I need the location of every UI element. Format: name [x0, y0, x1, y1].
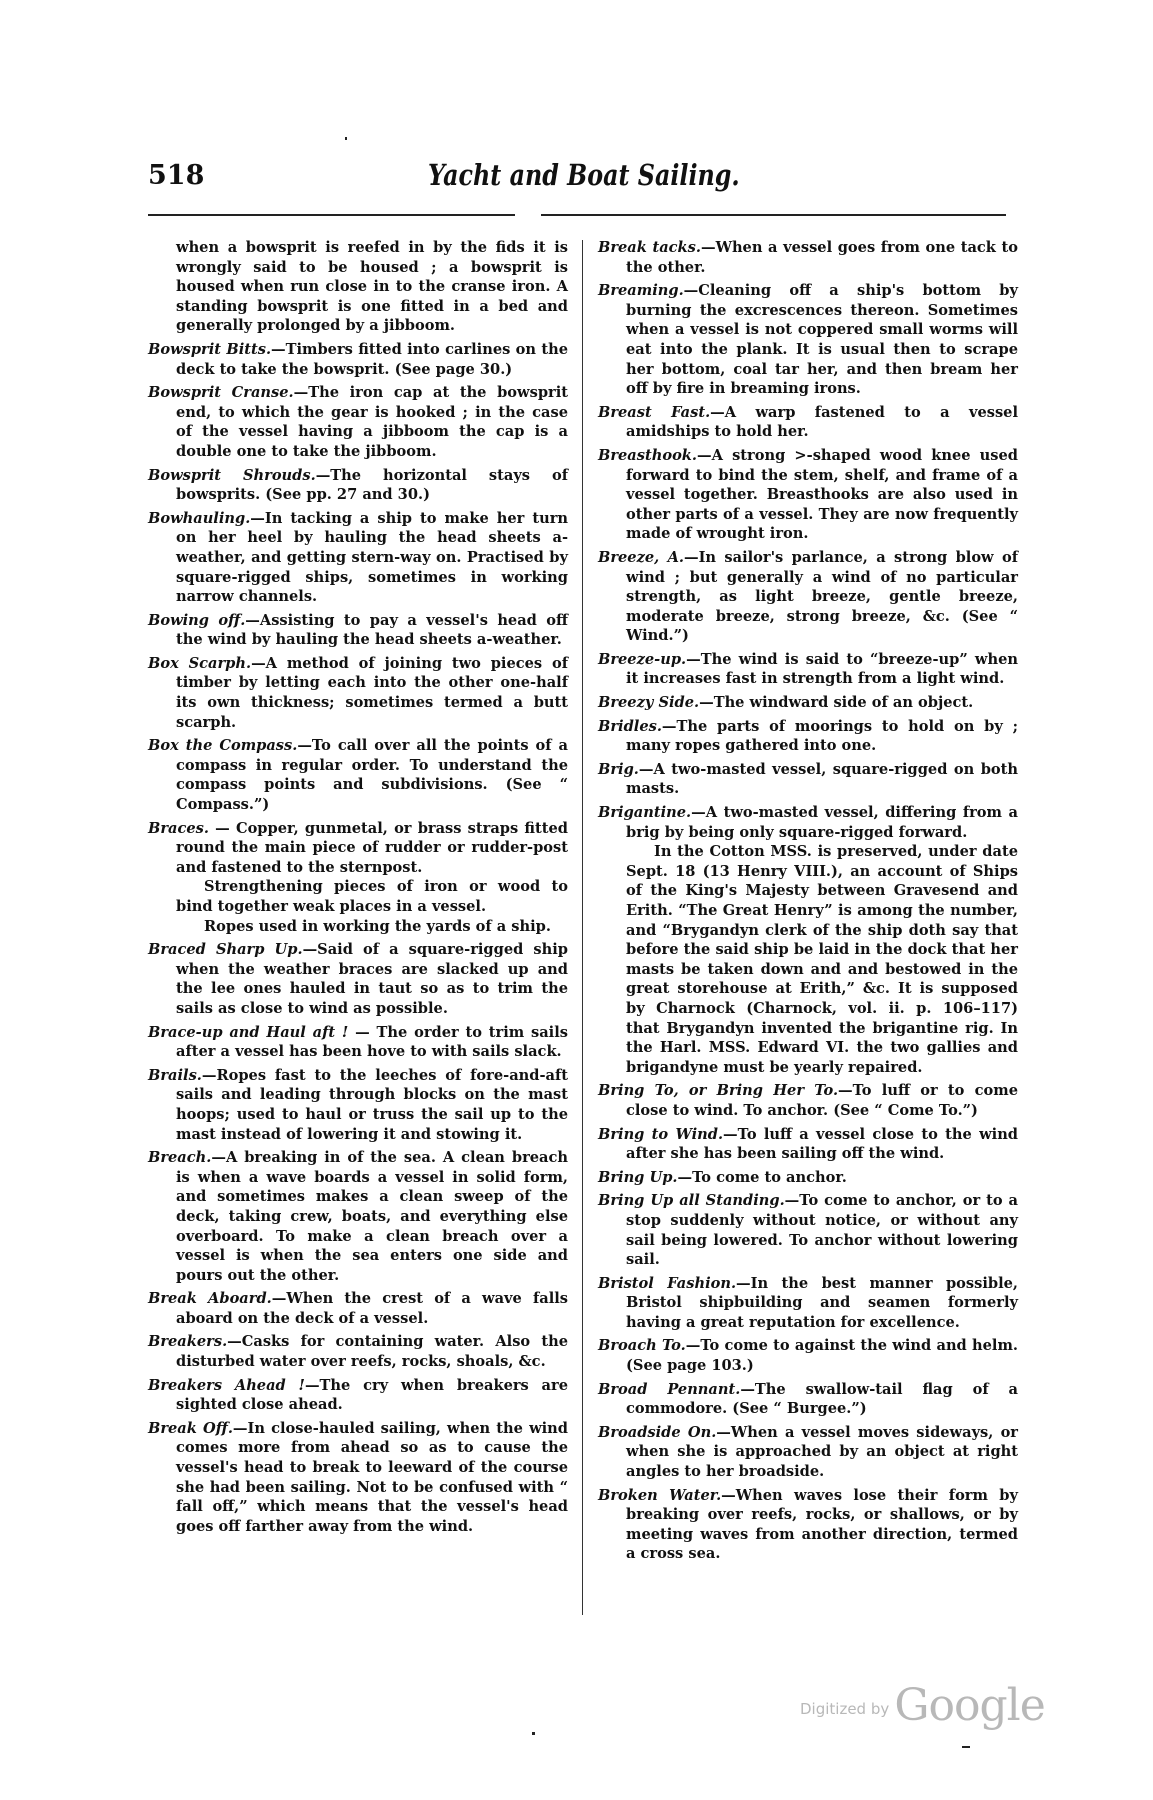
- entry-term: Broach To.: [598, 1337, 686, 1354]
- entry-definition: —The parts of moorings to hold on by ; m…: [626, 718, 1018, 755]
- glossary-entry: Brails.—Ropes fast to the leeches of for…: [148, 1066, 568, 1144]
- entry-definition: —The windward side of an object.: [699, 694, 973, 711]
- entry-term: Bowsprit Shrouds.: [148, 467, 316, 484]
- glossary-entry: Breakers.—Casks for containing water. Al…: [148, 1332, 568, 1371]
- entry-definition: —Ropes fast to the leeches of fore-and-a…: [176, 1067, 568, 1143]
- entry-term: Bring to Wind.: [598, 1126, 723, 1143]
- entry-definition: —Casks for containing water. Also the di…: [176, 1333, 568, 1370]
- entry-term: Braces.: [148, 820, 209, 837]
- glossary-entry: Breakers Ahead !—The cry when breakers a…: [148, 1376, 568, 1415]
- digitized-by-google-watermark: Digitized by Google: [800, 1680, 1045, 1731]
- entry-term: Bring To, or Bring Her To.: [598, 1082, 838, 1099]
- right-column: Break tacks.—When a vessel goes from one…: [598, 238, 1018, 1568]
- entry-definition: —In sailor's parlance, a strong blow of …: [626, 549, 1018, 644]
- glossary-entry: Bring To, or Bring Her To.—To luff or to…: [598, 1081, 1018, 1120]
- entry-term: Breasthook.: [598, 447, 697, 464]
- entry-term: Breeze, A.: [598, 549, 684, 566]
- glossary-entry: Break tacks.—When a vessel goes from one…: [598, 238, 1018, 277]
- entry-term: Breach.: [148, 1149, 211, 1166]
- entry-term: Break tacks.: [598, 239, 701, 256]
- entry-term: Breakers Ahead !: [148, 1377, 305, 1394]
- glossary-entry: Broad Pennant.—The swallow-tail flag of …: [598, 1380, 1018, 1419]
- entry-definition: — Copper, gunmetal, or brass straps fitt…: [176, 820, 568, 876]
- entry-term: Break Aboard.: [148, 1290, 272, 1307]
- entry-term: Brails.: [148, 1067, 202, 1084]
- entry-term: Bowing off.: [148, 612, 245, 629]
- entry-term: Brigantine.: [598, 804, 691, 821]
- glossary-entry: Breeze, A.—In sailor's parlance, a stron…: [598, 548, 1018, 646]
- glossary-entry: Brigantine.—A two-masted vessel, differi…: [598, 803, 1018, 1077]
- glossary-entry: Braced Sharp Up.—Said of a square-rigged…: [148, 940, 568, 1018]
- glossary-entry: Bring Up.—To come to anchor.: [598, 1168, 1018, 1188]
- entry-term: Bristol Fashion.: [598, 1275, 736, 1292]
- glossary-entry: Bridles.—The parts of moorings to hold o…: [598, 717, 1018, 756]
- entry-term: Breast Fast.: [598, 404, 710, 421]
- glossary-entry: Bowing off.—Assisting to pay a vessel's …: [148, 611, 568, 650]
- glossary-entry: Breaming.—Cleaning off a ship's bottom b…: [598, 281, 1018, 399]
- entry-definition: —To come to against the wind and helm. (…: [626, 1337, 1018, 1374]
- glossary-entry: Broken Water.—When waves lose their form…: [598, 1486, 1018, 1564]
- left-column: when a bowsprit is reefed in by the fids…: [148, 238, 568, 1540]
- page-number: 518: [148, 160, 204, 191]
- glossary-entry: Broadside On.—When a vessel moves sidewa…: [598, 1423, 1018, 1482]
- entry-paragraph: Strengthening pieces of iron or wood to …: [176, 877, 568, 916]
- entry-term: Breezy Side.: [598, 694, 699, 711]
- entry-definition: —A two-masted vessel, square-rigged on b…: [626, 761, 1018, 798]
- entry-term: Break Off.: [148, 1420, 233, 1437]
- entry-definition: —Cleaning off a ship's bottom by burning…: [626, 282, 1018, 397]
- scan-speck: [962, 1746, 970, 1748]
- glossary-entry: Brig.—A two-masted vessel, square-rigged…: [598, 760, 1018, 799]
- glossary-entry: Box the Compass.—To call over all the po…: [148, 736, 568, 814]
- glossary-entry: Bring Up all Standing.—To come to anchor…: [598, 1191, 1018, 1269]
- entry-term: Breaming.: [598, 282, 684, 299]
- running-title: Yacht and Boat Sailing.: [428, 158, 740, 192]
- glossary-entry: Bristol Fashion.—In the best manner poss…: [598, 1274, 1018, 1333]
- entry-term: Broken Water.: [598, 1487, 721, 1504]
- glossary-entry: Breezy Side.—The windward side of an obj…: [598, 693, 1018, 713]
- glossary-entry: Bring to Wind.—To luff a vessel close to…: [598, 1125, 1018, 1164]
- entry-definition: —A breaking in of the sea. A clean breac…: [176, 1149, 568, 1284]
- entry-term: Bowsprit Cranse.: [148, 384, 294, 401]
- entry-paragraph: Ropes used in working the yards of a shi…: [176, 917, 568, 937]
- column-divider: [582, 240, 583, 1615]
- entry-term: Braced Sharp Up.: [148, 941, 303, 958]
- entry-term: Bowhauling.: [148, 510, 250, 527]
- glossary-entry: Braces. — Copper, gunmetal, or brass str…: [148, 819, 568, 937]
- glossary-entry: Breach.—A breaking in of the sea. A clea…: [148, 1148, 568, 1285]
- glossary-entry: Bowsprit Bitts.—Timbers fitted into carl…: [148, 340, 568, 379]
- entry-term: Broadside On.: [598, 1424, 716, 1441]
- glossary-entry: when a bowsprit is reefed in by the fids…: [148, 238, 568, 336]
- header-rule-gap: [515, 213, 541, 217]
- entry-term: Bring Up all Standing.: [598, 1192, 785, 1209]
- scan-speck: [345, 137, 347, 140]
- glossary-entry: Brace-up and Haul aft ! — The order to t…: [148, 1023, 568, 1062]
- entry-term: Box the Compass.: [148, 737, 297, 754]
- entry-term: Breeze-up.: [598, 651, 686, 668]
- entry-paragraph: In the Cotton MSS. is preserved, under d…: [626, 842, 1018, 1077]
- page-header: 518 Yacht and Boat Sailing.: [148, 160, 1028, 200]
- glossary-entry: Bowsprit Shrouds.—The horizontal stays o…: [148, 466, 568, 505]
- glossary-entry: Breast Fast.—A warp fastened to a vessel…: [598, 403, 1018, 442]
- entry-term: Brace-up and Haul aft !: [148, 1024, 348, 1041]
- entry-definition: when a bowsprit is reefed in by the fids…: [176, 239, 568, 334]
- glossary-entry: Bowhauling.—In tacking a ship to make he…: [148, 509, 568, 607]
- entry-term: Bring Up.: [598, 1169, 677, 1186]
- glossary-entry: Breasthook.—A strong >-shaped wood knee …: [598, 446, 1018, 544]
- glossary-entry: Broach To.—To come to against the wind a…: [598, 1336, 1018, 1375]
- watermark-brand: Google: [894, 1680, 1044, 1731]
- book-page: 518 Yacht and Boat Sailing. when a bowsp…: [0, 0, 1153, 1800]
- glossary-entry: Box Scarph.—A method of joining two piec…: [148, 654, 568, 732]
- glossary-entry: Breeze-up.—The wind is said to “breeze-u…: [598, 650, 1018, 689]
- entry-term: Bridles.: [598, 718, 662, 735]
- glossary-entry: Bowsprit Cranse.—The iron cap at the bow…: [148, 383, 568, 461]
- entry-term: Box Scarph.: [148, 655, 251, 672]
- entry-term: Bowsprit Bitts.: [148, 341, 271, 358]
- entry-term: Broad Pennant.: [598, 1381, 740, 1398]
- entry-definition: —In close-hauled sailing, when the wind …: [176, 1420, 568, 1535]
- watermark-prefix: Digitized by: [800, 1700, 889, 1718]
- glossary-entry: Break Aboard.—When the crest of a wave f…: [148, 1289, 568, 1328]
- entry-term: Breakers.: [148, 1333, 227, 1350]
- entry-term: Brig.: [598, 761, 639, 778]
- entry-definition: —To come to anchor.: [677, 1169, 846, 1186]
- header-rule: [148, 214, 1006, 216]
- scan-speck: [532, 1732, 535, 1735]
- glossary-entry: Break Off.—In close-hauled sailing, when…: [148, 1419, 568, 1537]
